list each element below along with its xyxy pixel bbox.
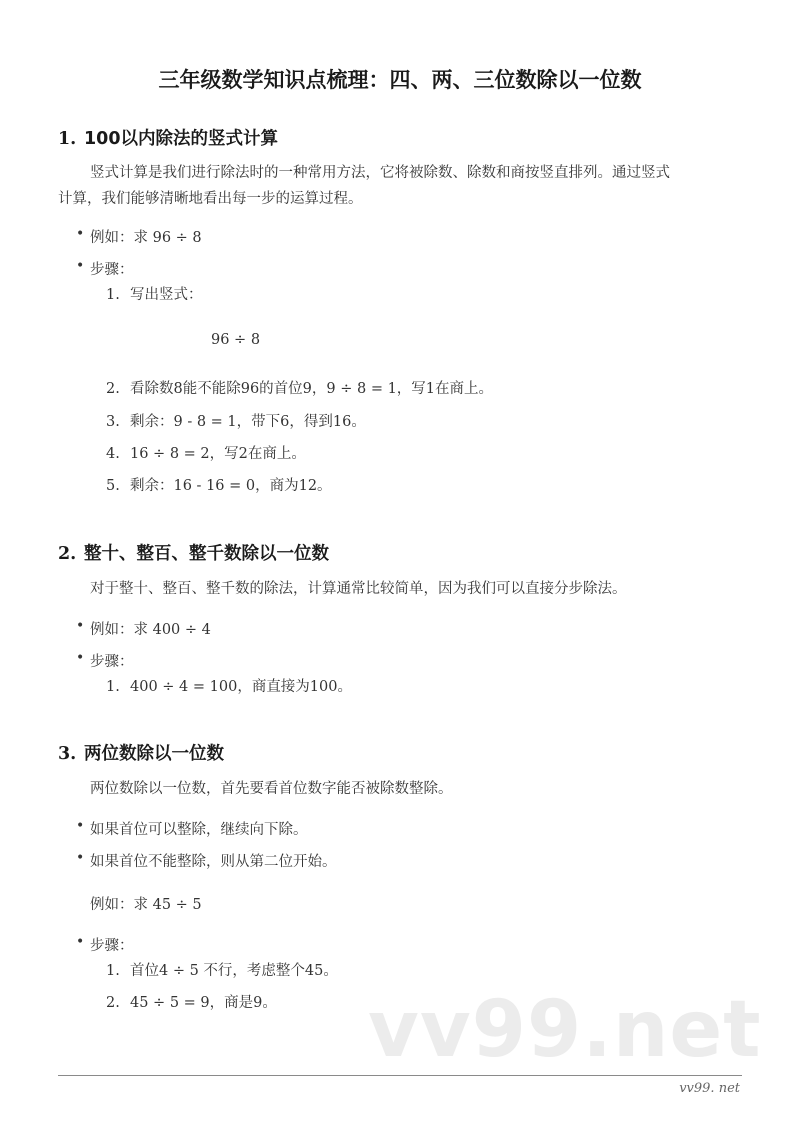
section-1-step-3: 3.剩余：9 - 8 = 1，带下6，得到16。 <box>106 410 366 431</box>
step-text: 首位4 ÷ 5 不行，考虑整个45。 <box>130 963 338 979</box>
step-text: 400 ÷ 4 = 100，商直接为100。 <box>130 679 352 695</box>
section-2-number: 2. <box>58 544 84 564</box>
step-number: 2. <box>106 381 130 397</box>
step-text: 剩余：16 - 16 = 0，商为12。 <box>130 478 332 494</box>
watermark: vv99.net <box>368 985 762 1075</box>
step-text: 剩余：9 - 8 = 1，带下6，得到16。 <box>130 414 366 430</box>
section-2-step-1: 1.400 ÷ 4 = 100，商直接为100。 <box>106 675 352 696</box>
section-3-step-2: 2.45 ÷ 5 = 9，商是9。 <box>106 991 277 1012</box>
section-3-example: 例如：求 45 ÷ 5 <box>90 892 202 918</box>
section-3-bullet-steps: 步骤： <box>90 934 134 955</box>
section-3-heading: 3.两位数除以一位数 <box>58 740 224 765</box>
step-number: 1. <box>106 679 130 695</box>
step-number: 3. <box>106 414 130 430</box>
section-2-bullet-steps: 步骤： <box>90 650 134 671</box>
section-2-paragraph: 对于整十、整百、整千数的除法，计算通常比较简单，因为我们可以直接分步除法。 <box>90 576 627 602</box>
step-number: 1. <box>106 287 130 303</box>
section-1-step-2: 2.看除数8能不能除96的首位9，9 ÷ 8 = 1，写1在商上。 <box>106 377 493 398</box>
step-text: 45 ÷ 5 = 9，商是9。 <box>130 995 277 1011</box>
step-text: 写出竖式： <box>130 287 203 303</box>
section-1-step-1: 1.写出竖式： <box>106 283 203 304</box>
section-1-heading: 1.100以内除法的竖式计算 <box>58 125 278 150</box>
section-3-number: 3. <box>58 744 84 764</box>
section-1-paragraph-line-2: 计算，我们能够清晰地看出每一步的运算过程。 <box>58 186 363 212</box>
step-number: 1. <box>106 963 130 979</box>
section-1-expression: 96 ÷ 8 <box>211 332 260 348</box>
section-1-step-4: 4.16 ÷ 8 = 2，写2在商上。 <box>106 442 306 463</box>
section-3-bullet-1: 如果首位可以整除，继续向下除。 <box>90 818 308 839</box>
section-3-bullet-2: 如果首位不能整除，则从第二位开始。 <box>90 850 337 871</box>
step-text: 16 ÷ 8 = 2，写2在商上。 <box>130 446 306 462</box>
section-2-bullet-example: 例如：求 400 ÷ 4 <box>90 618 211 639</box>
section-1-step-5: 5.剩余：16 - 16 = 0，商为12。 <box>106 474 332 495</box>
document-title: 三年级数学知识点梳理：四、两、三位数除以一位数 <box>0 64 800 94</box>
section-2-title: 整十、整百、整千数除以一位数 <box>84 544 329 564</box>
section-3-paragraph: 两位数除以一位数，首先要看首位数字能否被除数整除。 <box>90 776 453 802</box>
step-number: 5. <box>106 478 130 494</box>
step-text: 看除数8能不能除96的首位9，9 ÷ 8 = 1，写1在商上。 <box>130 381 493 397</box>
section-1-bullet-steps: 步骤： <box>90 258 134 279</box>
step-number: 4. <box>106 446 130 462</box>
step-number: 2. <box>106 995 130 1011</box>
section-1-paragraph-line-1: 竖式计算是我们进行除法时的一种常用方法，它将被除数、除数和商按竖直排列。通过竖式 <box>90 160 670 186</box>
section-3-step-1: 1.首位4 ÷ 5 不行，考虑整个45。 <box>106 959 338 980</box>
footer-site-label: vv99. net <box>679 1081 740 1096</box>
section-3-title: 两位数除以一位数 <box>84 744 224 764</box>
section-1-bullet-example: 例如：求 96 ÷ 8 <box>90 226 202 247</box>
section-2-heading: 2.整十、整百、整千数除以一位数 <box>58 540 329 565</box>
section-1-number: 1. <box>58 129 84 149</box>
section-1-title: 100以内除法的竖式计算 <box>84 129 278 149</box>
footer-divider <box>58 1075 742 1076</box>
